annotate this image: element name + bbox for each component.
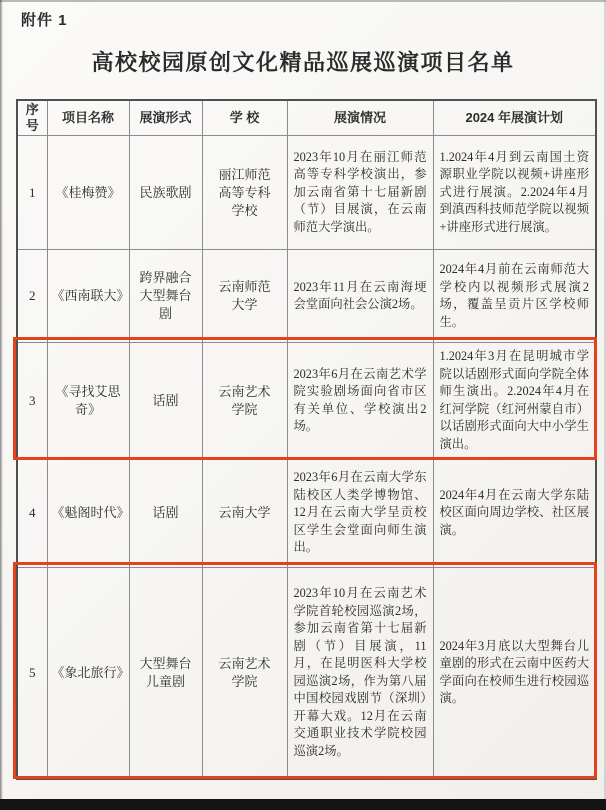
cell-form: 跨界融合大型舞台剧 bbox=[129, 250, 202, 343]
cell-num: 4 bbox=[17, 459, 47, 568]
photo-left-edge bbox=[0, 0, 3, 810]
document-photo: 附件 1 高校校园原创文化精品巡展巡演项目名单 序号 项目名称 展演形式 学 校… bbox=[0, 0, 606, 810]
cell-school: 云南艺术学院 bbox=[202, 568, 287, 779]
cell-situation: 2023年6月在云南大学东陆校区人类学博物馆、12月在云南大学呈贡校区学生会堂面… bbox=[287, 459, 433, 568]
cell-school: 云南大学 bbox=[202, 459, 287, 568]
cell-situation: 2023年10月在云南艺术学院首轮校园巡演2场，参加云南省第十七届新剧（节）目展… bbox=[287, 568, 433, 779]
header-form: 展演形式 bbox=[129, 100, 202, 136]
header-situation: 展演情况 bbox=[287, 100, 433, 136]
cell-school: 丽江师范高等专科学校 bbox=[202, 136, 287, 250]
cell-num: 2 bbox=[17, 250, 47, 343]
cell-situation: 2023年10月在丽江师范高等专科学校演出，参加云南省第十七届新剧（节）目展演，… bbox=[287, 136, 433, 250]
photo-top-edge bbox=[0, 0, 606, 2]
table-row: 4 《魁阁时代》 话剧 云南大学 2023年6月在云南大学东陆校区人类学博物馆、… bbox=[17, 459, 596, 568]
table-header-row: 序号 项目名称 展演形式 学 校 展演情况 2024 年展演计划 bbox=[17, 100, 596, 136]
cell-situation: 2023年6月在云南艺术学院实验剧场面向省市区有关单位、学校演出2场。 bbox=[287, 343, 433, 459]
projects-table-wrapper: 序号 项目名称 展演形式 学 校 展演情况 2024 年展演计划 1 《桂梅赞》… bbox=[16, 99, 597, 780]
header-num: 序号 bbox=[17, 100, 47, 136]
cell-form: 话剧 bbox=[129, 459, 202, 568]
cell-school: 云南师范大学 bbox=[202, 250, 287, 343]
cell-num: 3 bbox=[17, 343, 47, 459]
page-title: 高校校园原创文化精品巡展巡演项目名单 bbox=[0, 46, 606, 77]
cell-plan: 2024年4月前在云南师范大学校内以视频形式展演2场，覆盖呈贡片区学校师生。 bbox=[433, 250, 596, 343]
cell-plan: 1.2024年4月到云南国土资源职业学院以视频+讲座形式进行展演。2.2024年… bbox=[433, 136, 596, 250]
cell-num: 5 bbox=[17, 568, 47, 779]
cell-project-name: 《魁阁时代》 bbox=[47, 459, 129, 568]
cell-form: 大型舞台儿童剧 bbox=[129, 568, 202, 779]
cell-form: 话剧 bbox=[129, 343, 202, 459]
table-row-highlighted: 5 《象北旅行》 大型舞台儿童剧 云南艺术学院 2023年10月在云南艺术学院首… bbox=[17, 568, 596, 779]
table-row: 2 《西南联大》 跨界融合大型舞台剧 云南师范大学 2023年11月在云南海埂会… bbox=[17, 250, 596, 343]
cell-plan: 1.2024年3月在昆明城市学院以话剧形式面向学院全体师生演出。2.2024年4… bbox=[433, 343, 596, 459]
table-row-highlighted: 3 《寻找艾思奇》 话剧 云南艺术学院 2023年6月在云南艺术学院实验剧场面向… bbox=[17, 343, 596, 459]
cell-school: 云南艺术学院 bbox=[202, 343, 287, 459]
cell-form: 民族歌剧 bbox=[129, 136, 202, 250]
cell-project-name: 《寻找艾思奇》 bbox=[47, 343, 129, 459]
cell-project-name: 《西南联大》 bbox=[47, 250, 129, 343]
header-school: 学 校 bbox=[202, 100, 287, 136]
attachment-label: 附件 1 bbox=[21, 9, 68, 30]
projects-table: 序号 项目名称 展演形式 学 校 展演情况 2024 年展演计划 1 《桂梅赞》… bbox=[16, 99, 597, 780]
header-plan: 2024 年展演计划 bbox=[433, 100, 596, 136]
photo-bottom-edge bbox=[0, 799, 606, 810]
cell-num: 1 bbox=[17, 136, 47, 250]
cell-project-name: 《象北旅行》 bbox=[47, 568, 129, 779]
header-project-name: 项目名称 bbox=[47, 100, 129, 136]
table-row: 1 《桂梅赞》 民族歌剧 丽江师范高等专科学校 2023年10月在丽江师范高等专… bbox=[17, 136, 596, 250]
cell-plan: 2024年4月在云南大学东陆校区面向周边学校、社区展演。 bbox=[433, 459, 596, 568]
cell-plan: 2024年3月底以大型舞台儿童剧的形式在云南中医药大学面向在校师生进行校园巡演。 bbox=[433, 568, 596, 779]
cell-situation: 2023年11月在云南海埂会堂面向社会公演2场。 bbox=[287, 250, 433, 343]
cell-project-name: 《桂梅赞》 bbox=[47, 136, 129, 250]
